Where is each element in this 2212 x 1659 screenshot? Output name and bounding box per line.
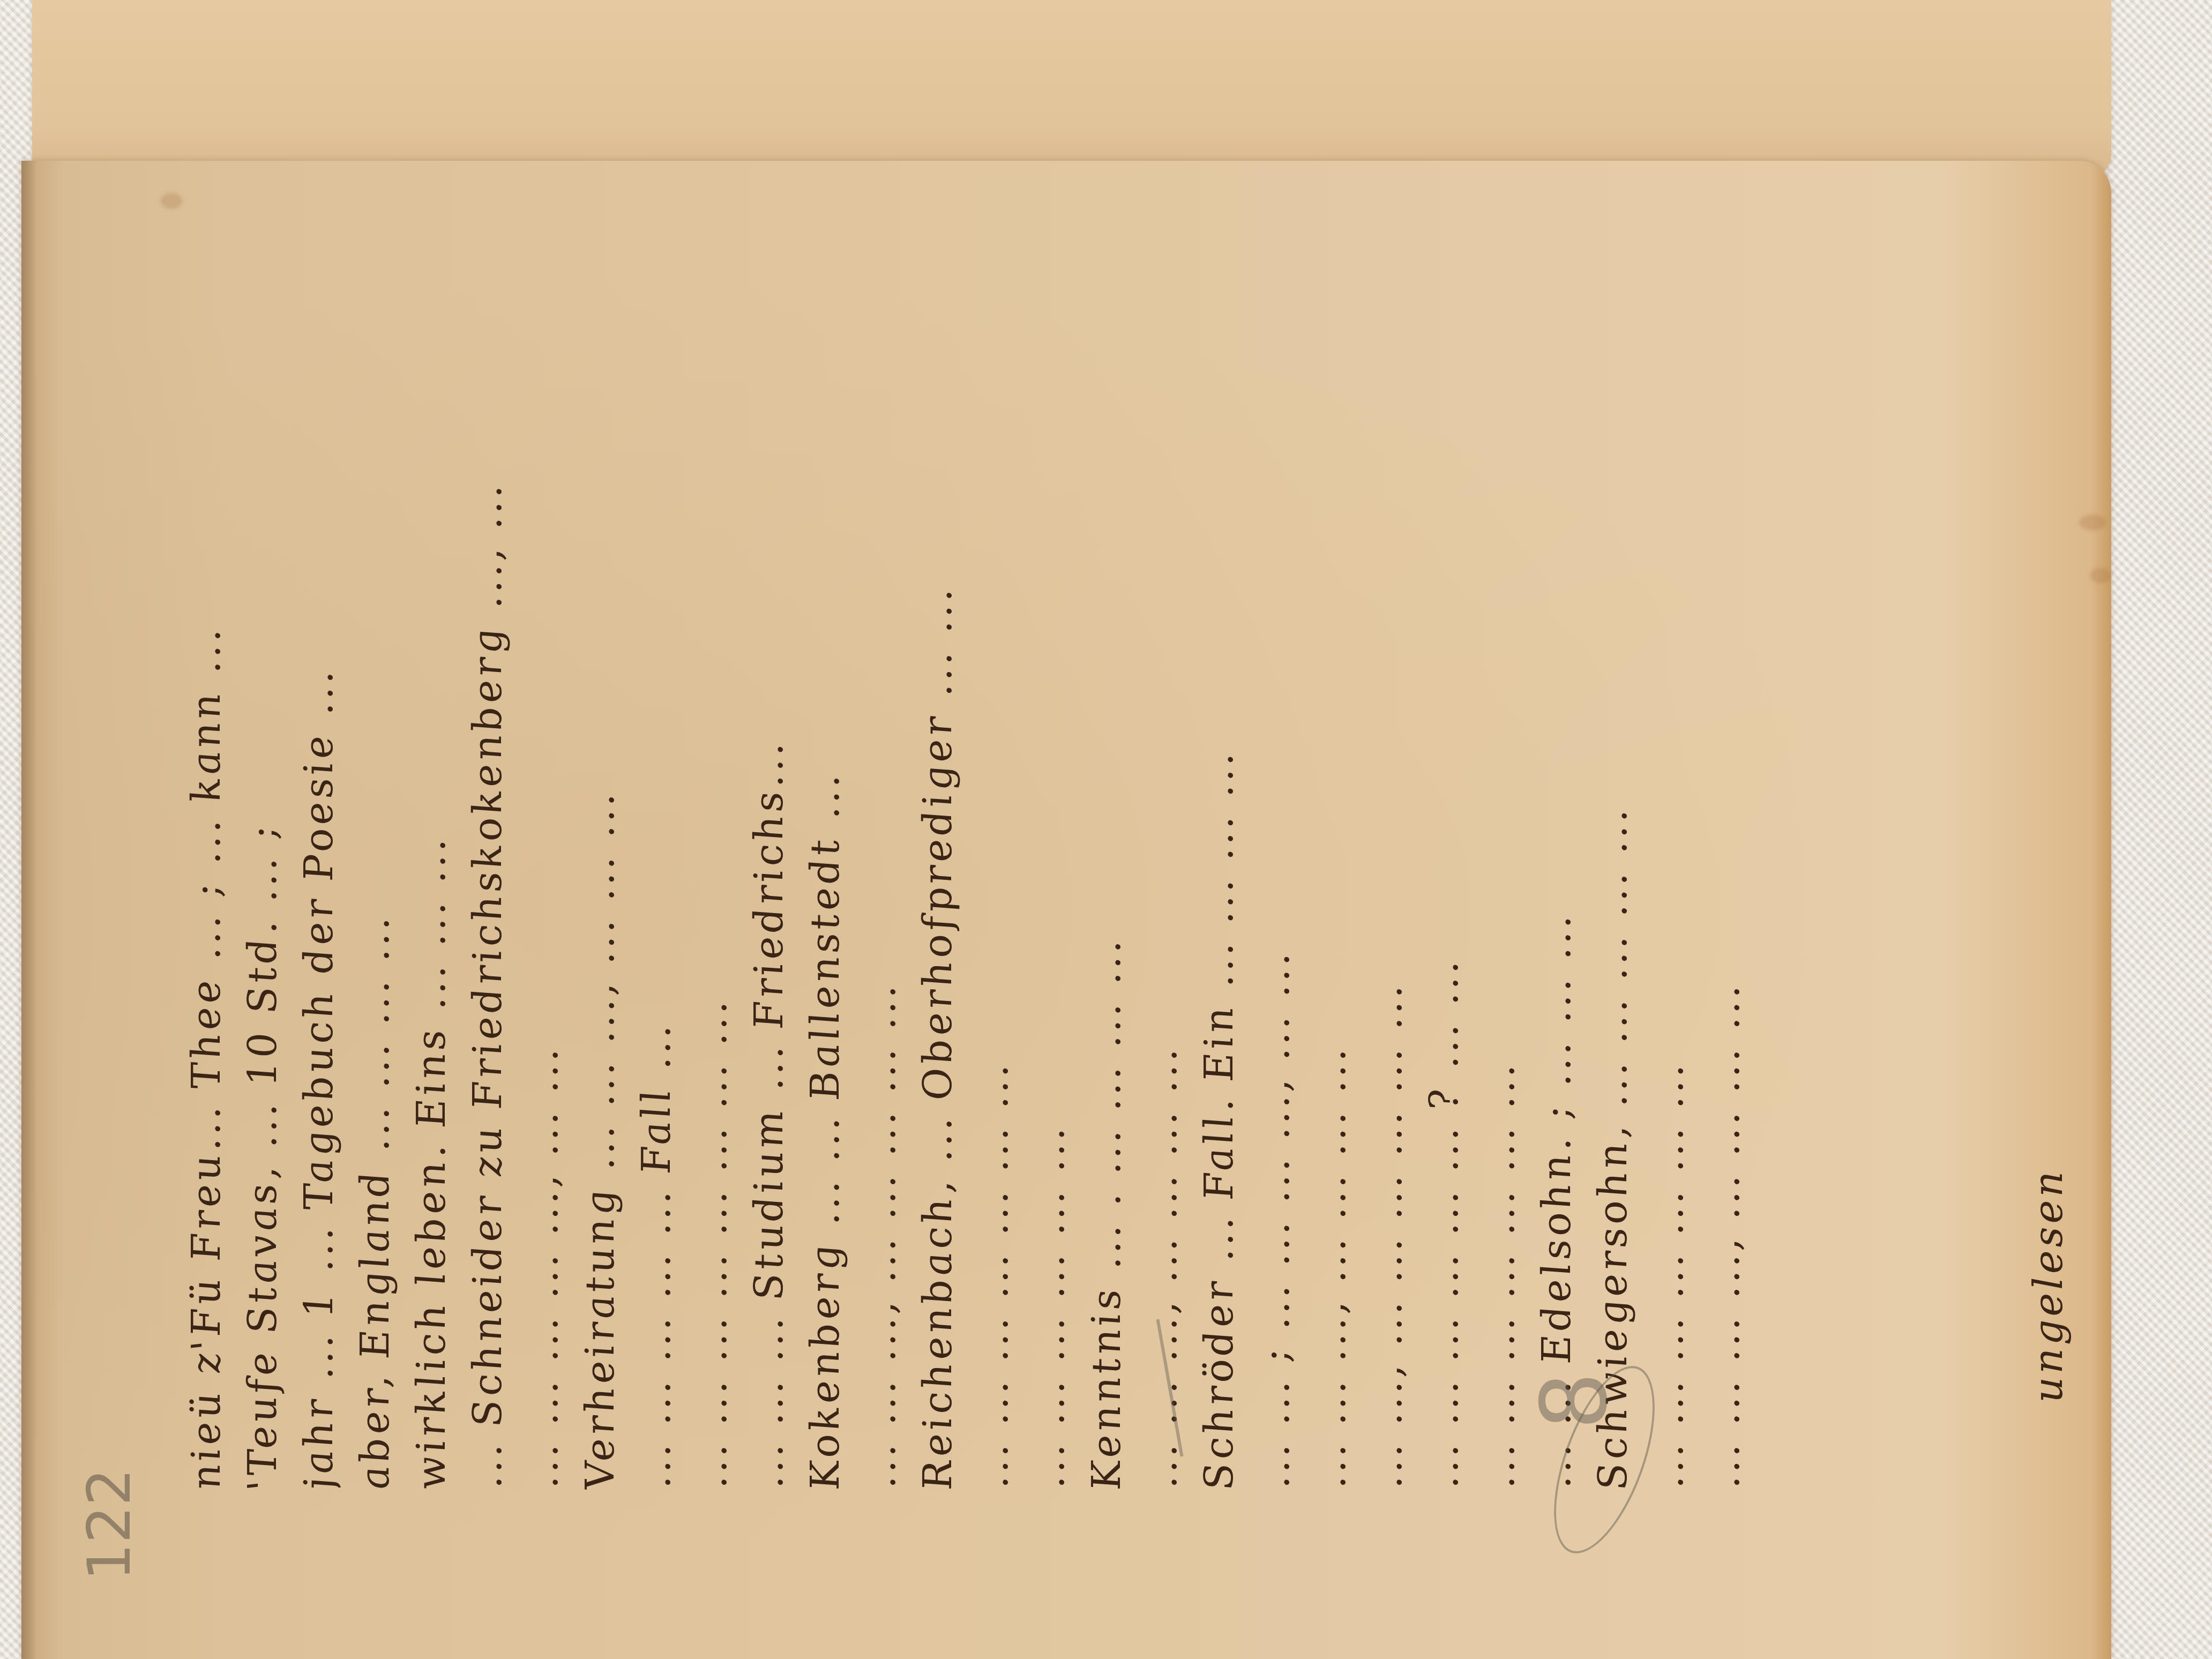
handwritten-line: ... ... ... ... ... ... ... <box>1640 173 1704 1494</box>
handwritten-text-block: nieü z'Fü Freu... Thee ... ; ... kann ..… <box>177 177 1758 1516</box>
binding-shadow <box>21 161 38 1659</box>
paper-stain <box>2079 514 2106 530</box>
handwritten-line: ... ... Edelsohn. ; ... ... ... <box>1527 173 1591 1494</box>
handwritten-line: ... ... ; ... ... ... ..., ... ... <box>1246 173 1310 1494</box>
handwritten-line: ... Schneider zu Friedrichskokenberg ...… <box>458 173 522 1494</box>
handwritten-line: Kokenberg ... ... Ballenstedt ... <box>796 173 860 1494</box>
handwritten-line: nieü z'Fü Freu... Thee ... ; ... kann ..… <box>177 173 241 1494</box>
handwritten-line: ... ... ... ... ... ... ... <box>965 173 1029 1494</box>
handwritten-line: Verheiratung ... ... ..., ... ... ... <box>571 173 635 1494</box>
handwritten-line: Schwiegersohn, ... ... ... ... ... <box>1583 173 1648 1494</box>
handwritten-line: ... ..., ... ... ... ... ... ... <box>1358 173 1423 1494</box>
handwritten-line: ... ... ... ... ..., ... ... <box>514 173 579 1494</box>
handwritten-line: ... ... ... ... ... ... ... <box>1471 173 1535 1494</box>
closing-word: ungelesen <box>2026 1168 2072 1402</box>
handwritten-line: ... ... ... Studium ... Friedrichs... <box>739 173 804 1494</box>
folio-number: 122 <box>75 1468 144 1581</box>
handwritten-line: 'Teufe Stavas, ... 10 Std. ... ; <box>233 173 297 1494</box>
handwritten-line: aber, England ... ... ... ... <box>346 173 410 1494</box>
handwritten-line: ... ... ... ... ... ... ? ... ... <box>1415 173 1479 1494</box>
handwritten-line: ... ... ... ... ... ... ... ... <box>683 173 748 1494</box>
paper-stain <box>2090 568 2111 583</box>
handwritten-line: ... ... ... ..., ... ... ... ... <box>1696 173 1760 1494</box>
handwritten-line: Schröder ... Fall. Ein ... ... ... ... <box>1190 173 1254 1494</box>
handwritten-line: Reichenbach, ... Oberhofprediger ... ... <box>908 173 973 1494</box>
handwritten-line: ... ... ... ... ... Fall ... <box>627 173 691 1494</box>
handwritten-line: jahr ... 1 ... Tagebuch der Poesie ... <box>289 173 354 1494</box>
handwritten-line: wirklich leben. Eins ... ... ... <box>402 173 466 1494</box>
handwritten-line: Kenntnis ... . ... ... ... ... <box>1077 173 1141 1494</box>
handwritten-line: ... ... ..., ... ... ... ... <box>1302 173 1366 1494</box>
handwritten-line: ... ... ..., ... ... ... ... <box>1133 173 1198 1494</box>
handwritten-line: ... ... ..., ... ... ... ... ... <box>852 173 916 1494</box>
facing-page-edge <box>32 0 2111 177</box>
handwritten-line: ... ... ... ... ... ... <box>1021 173 1085 1494</box>
